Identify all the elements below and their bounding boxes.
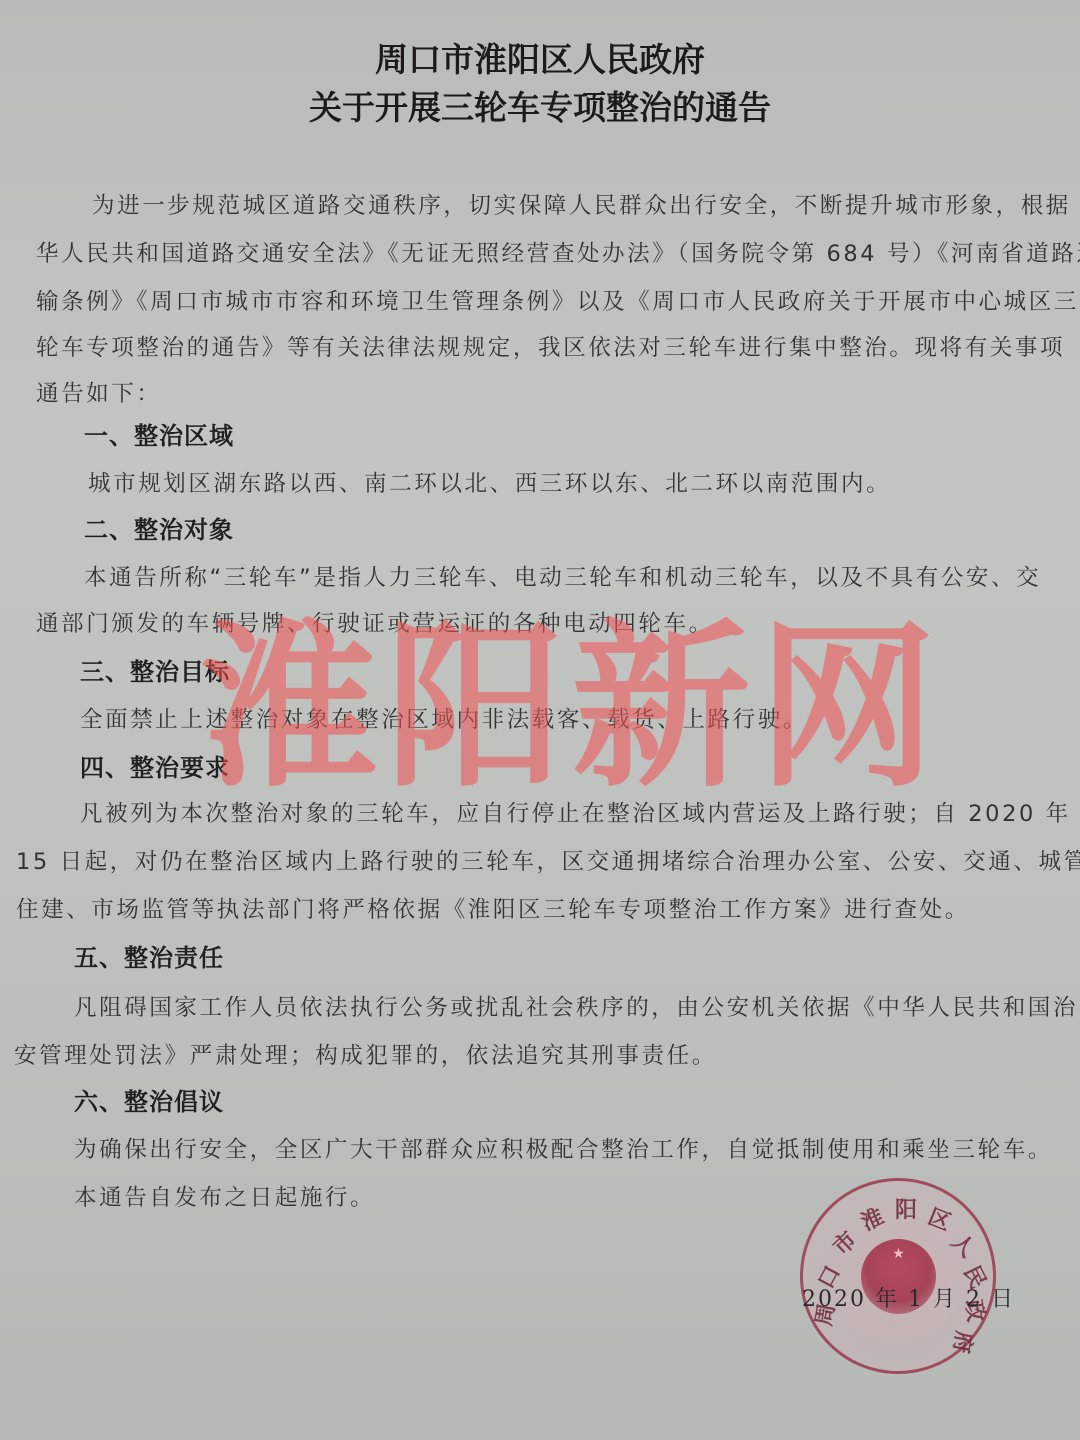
section-text: 凡被列为本次整治对象的三轮车，应自行停止在整治区域内营运及上路行驶；自 2020… — [80, 796, 1080, 828]
section-text: 15 日起，对仍在整治区域内上路行驶的三轮车，区交通拥堵综合治理办公室、公安、交… — [16, 844, 1080, 876]
seal-char: 市 — [825, 1224, 862, 1262]
section-text: 全面禁止上述整治对象在整治区域内非法载客、载货、上路行驶。 — [80, 702, 808, 734]
issue-date: 2020 年 1 月 2 日 — [802, 1282, 1015, 1313]
section-text: 安管理处罚法》严肃处理；构成犯罪的，依法追究其刑事责任。 — [14, 1038, 717, 1070]
seal-char: 人 — [945, 1226, 982, 1264]
section-heading-goal: 三、整治目标 — [80, 652, 230, 687]
section-heading-area: 一、整治区域 — [84, 416, 234, 451]
notice-document: 周口市淮阳区人民政府 关于开展三轮车专项整治的通告 为进一步规范城区道路交通秩序… — [0, 0, 1080, 1440]
section-heading-requirement: 四、整治要求 — [80, 748, 230, 783]
intro-line: 通告如下： — [36, 376, 162, 408]
section-heading-responsibility: 五、整治责任 — [74, 938, 224, 973]
seal-char: 区 — [924, 1200, 956, 1237]
seal-char: 淮 — [856, 1200, 889, 1237]
document-title-line1: 周口市淮阳区人民政府 — [0, 34, 1080, 81]
section-text: 住建、市场监管等执法部门将严格依据《淮阳区三轮车专项整治工作方案》进行查处。 — [16, 892, 970, 924]
intro-line: 轮车专项整治的通告》等有关法律法规规定，我区依法对三轮车进行集中整治。现将有关事… — [36, 330, 1065, 362]
intro-line: 为进一步规范城区道路交通秩序，切实保障人民群众出行安全，不断提升城市形象，根据《… — [92, 188, 1080, 220]
intro-line: 华人民共和国道路交通安全法》《无证无照经营查处办法》（国务院令第 684 号）《… — [36, 236, 1080, 268]
intro-line: 输条例》《周口市城市市容和环境卫生管理条例》以及《周口市人民政府关于开展市中心城… — [36, 284, 1079, 316]
section-text: 本通告所称“三轮车”是指人力三轮车、电动三轮车和机动三轮车，以及不具有公安、交 — [84, 560, 1041, 592]
document-title-line2: 关于开展三轮车专项整治的通告 — [0, 82, 1080, 129]
section-text: 凡阻碍国家工作人员依法执行公务或扰乱社会秩序的，由公安机关依据《中华人民共和国治 — [74, 990, 1078, 1022]
section-heading-proposal: 六、整治倡议 — [74, 1082, 224, 1117]
official-seal: ★ 周 口 市 淮 阳 区 人 民 政 府 — [800, 1178, 996, 1374]
section-text: 通部门颁发的车辆号牌、行驶证或营运证的各种电动四轮车。 — [36, 606, 714, 638]
section-text: 为确保出行安全，全区广大干部群众应积极配合整治工作，自觉抵制使用和乘坐三轮车。 — [74, 1132, 1053, 1164]
seal-char: 阳 — [895, 1193, 917, 1224]
section-text: 城市规划区湖东路以西、南二环以北、西三环以东、北二环以南范围内。 — [88, 466, 891, 498]
closing-line: 本通告自发布之日起施行。 — [74, 1180, 375, 1212]
section-heading-target: 二、整治对象 — [84, 510, 234, 545]
seal-char: 府 — [947, 1329, 981, 1356]
